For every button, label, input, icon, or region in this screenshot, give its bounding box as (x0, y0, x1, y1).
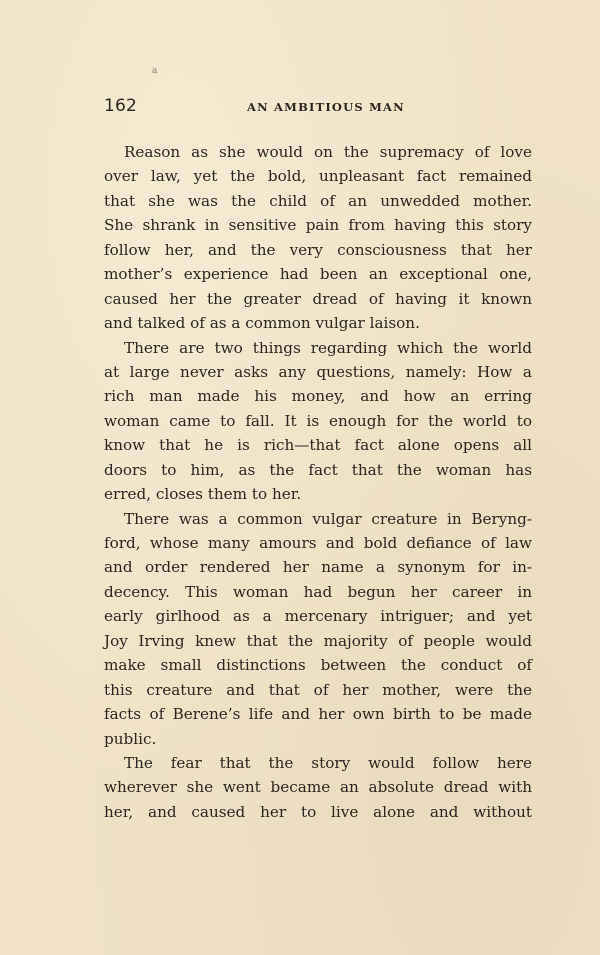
text-line: The fear that the story would follow her… (104, 751, 532, 775)
running-title: AN AMBITIOUS MAN (247, 100, 405, 114)
text-line: There was a common vulgar creature in Be… (104, 507, 532, 531)
text-line: decency. This woman had begun her career… (104, 580, 532, 604)
book-page: a 162 AN AMBITIOUS MAN Reason as she wou… (0, 0, 600, 955)
text-line: public. (104, 727, 532, 751)
text-line: her, and caused her to live alone and wi… (104, 800, 532, 824)
paper-speck: a (152, 66, 157, 76)
text-line: Joy Irving knew that the majority of peo… (104, 629, 532, 653)
paragraph: There are two things regarding which the… (104, 336, 532, 507)
text-line: and order rendered her name a synonym fo… (104, 555, 532, 579)
text-line: mother’s experience had been an exceptio… (104, 262, 532, 286)
page-header: 162 AN AMBITIOUS MAN (104, 96, 531, 120)
text-line: doors to him, as the fact that the woman… (104, 458, 532, 482)
text-line: that she was the child of an unwedded mo… (104, 189, 532, 213)
text-line: rich man made his money, and how an erri… (104, 384, 532, 408)
text-line: over law, yet the bold, unpleasant fact … (104, 164, 532, 188)
text-line: wherever she went became an absolute dre… (104, 775, 532, 799)
text-line: caused her the greater dread of having i… (104, 287, 532, 311)
text-line: Reason as she would on the supremacy of … (104, 140, 532, 164)
paragraph: Reason as she would on the supremacy of … (104, 140, 532, 336)
text-line: follow her, and the very consciousness t… (104, 238, 532, 262)
text-line: woman came to fall. It is enough for the… (104, 409, 532, 433)
page-number: 162 (104, 96, 137, 116)
text-line: early girlhood as a mercenary intriguer;… (104, 604, 532, 628)
text-line: erred, closes them to her. (104, 482, 532, 506)
text-line: facts of Berene’s life and her own birth… (104, 702, 532, 726)
text-line: She shrank in sensitive pain from having… (104, 213, 532, 237)
paragraph: The fear that the story would follow her… (104, 751, 532, 824)
body-text: Reason as she would on the supremacy of … (104, 140, 532, 824)
paragraph: There was a common vulgar creature in Be… (104, 507, 532, 751)
text-line: at large never asks any questions, namel… (104, 360, 532, 384)
text-line: this creature and that of her mother, we… (104, 678, 532, 702)
text-line: know that he is rich—that fact alone ope… (104, 433, 532, 457)
text-line: There are two things regarding which the… (104, 336, 532, 360)
text-line: make small distinctions between the cond… (104, 653, 532, 677)
text-line: ford, whose many amours and bold defianc… (104, 531, 532, 555)
text-line: and talked of as a common vulgar laison. (104, 311, 532, 335)
